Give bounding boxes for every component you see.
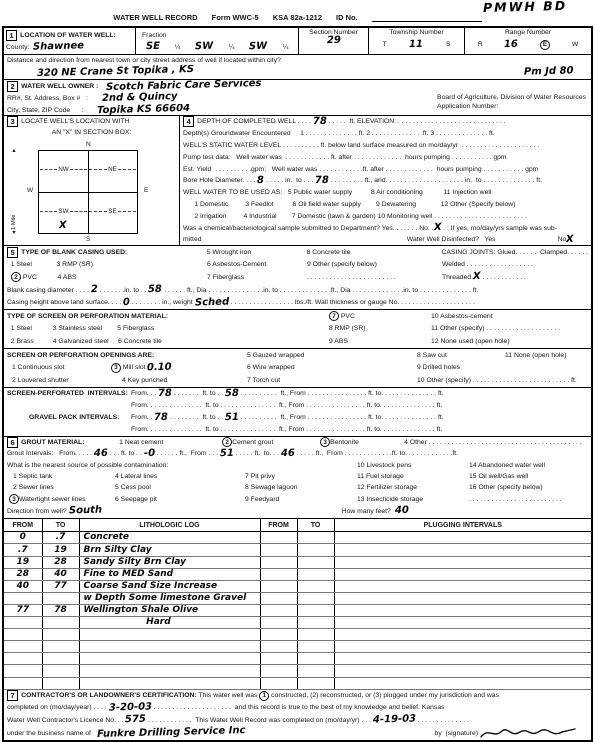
opening-opt-2: 2 Louvered shutter [7,377,111,384]
table-cell: w Depth Some limestone Gravel [79,592,260,604]
col-from-2: FROM [260,519,297,532]
opening-opt-4: 4 Key punched [111,377,247,384]
distance-handwritten-note: Pm Jd 80 [524,66,574,77]
section-3-heading-1: LOCATE WELL'S LOCATION WITH [21,118,129,125]
gpi-row-2: From. . . . . . . . . . . . . . . ft. to… [131,426,442,433]
fraction-value-1: SE [145,42,159,52]
quadrant-se: SE [88,208,137,215]
opening-opt-9: 9 Drilled holes [417,364,460,371]
casing-opt-7: 7 Fiberglass [207,274,307,281]
col-to-1: TO [42,519,79,532]
table-row: 1928Sandy Silty Brn Clay [4,556,591,568]
table-cell [260,592,297,604]
table-cell: 78 [42,604,79,616]
quarter-symbol: ¼ [229,44,235,51]
feet-value: 40 [394,506,408,516]
certification-heading: CONTRACTOR'S OR LANDOWNER'S CERTIFICATIO… [21,692,197,699]
table-row: 2840Fine to MED Sand [4,568,591,580]
casing-opt-8: 8 Concrete tile [307,249,442,256]
fraction-label: Fraction [142,32,167,39]
contam-opt-9: 9 Feedyard [245,496,357,503]
table-header-row: FROM TO LITHOLOGIC LOG FROM TO PLUGGING … [4,519,591,532]
gpi-from-value: 78 [154,412,168,422]
form-title-row: WATER WELL RECORD Form WWC-5 KSA 82a-121… [0,13,595,22]
certification-text-1: This water well was [197,692,260,699]
table-cell [260,641,297,653]
table-cell [42,641,79,653]
range-value: 16 [504,39,518,49]
table-cell [334,665,591,677]
grout-tail: . . . . . ft., From . . . . . . . . . . … [295,450,458,457]
section-number-value: 29 [326,36,340,46]
grout-to-1: -0 [144,448,155,458]
distance-block: Distance and direction from nearest town… [4,55,591,80]
agency-name: Board of Agriculture, Division of Water … [437,93,586,102]
sample-submitted-label: Was a chemical/bacteriological sample su… [183,225,434,232]
bore-hole-label: Bore Hole Diameter. . . . [183,177,257,184]
grout-opt-1: 1 Neat cement [119,439,222,446]
compass-west: W [27,187,33,194]
table-row: 4077Coarse Sand Size Increase [4,580,591,592]
grout-opt-3: Bentonite [330,439,404,446]
table-cell: 0 [4,532,42,544]
contam-opt-8: 8 Sewage lagoon [245,484,357,491]
owner-value: Scotch Fabric Care Services [106,80,262,92]
spi-tail: . . . . . . . . . . ft., From . . . . . … [239,390,444,397]
bore-hole-tail: . . . . . . . . . ft., and. . . . . . . … [329,177,542,184]
casing-opt-6: 6 Asbestos-Cement [207,261,307,268]
id-number-blank [372,14,482,22]
screen-opt-9: 9 ABS [329,338,431,345]
contam-opt-6: 6 Seepage pit [115,496,245,503]
table-row: w Depth Some limestone Gravel [4,592,591,604]
range-east-circled: E [540,40,550,50]
table-row: 7778Wellington Shale Olive [4,604,591,616]
table-cell [79,665,260,677]
business-name-label: under the business name of [7,730,97,737]
fraction-cell: Fraction SE ¼ SW ¼ SW ¼ [136,28,299,54]
col-from-1: FROM [4,519,42,532]
table-cell: Sandy Silty Brn Clay [79,556,260,568]
screen-opt-8: 8 RMP (SR) [329,325,431,332]
table-cell [260,580,297,592]
screen-opt-10: 10 Asbestos-cement [431,313,493,320]
table-row [4,653,591,665]
completed-on-label: completed on (mo/day/year) . . . . [7,704,109,711]
table-cell [297,568,334,580]
fraction-value-3: SW [249,42,267,52]
table-cell [79,641,260,653]
table-cell: 40 [4,580,42,592]
bore-hole-diameter-value: 8 [257,176,264,186]
section-7-certification: 7 CONTRACTOR'S OR LANDOWNER'S CERTIFICAT… [4,690,591,741]
table-cell: .7 [4,544,42,556]
table-cell: Hard [79,617,260,629]
middle-block: 3 LOCATE WELL'S LOCATION WITH AN "X" IN … [4,116,591,246]
section-number-cell: Section Number 29 [299,28,369,54]
table-cell [42,665,79,677]
completed-date-value: 3-20-03 [109,702,152,713]
grout-from-1: 46 [94,448,108,458]
gpi-from: From. . [131,414,154,421]
casing-opt-9: 9 Other (specify below) [307,261,442,268]
table-cell [334,532,591,544]
section-4-depth: 4 DEPTH OF COMPLETED WELL . . . . 78 . .… [180,116,591,245]
table-cell [334,544,591,556]
table-cell [4,592,42,604]
gpi-to-value: 51 [225,412,239,422]
table-cell [260,532,297,544]
disinfected-no-mark: X [566,235,574,245]
table-cell [4,677,42,689]
opening-opt-5: 5 Gauzed wrapped [247,352,417,359]
mile-label: 1 Mile [11,154,17,230]
gravel-pack-intervals-label: GRAVEL PACK INTERVALS: [7,414,131,421]
form-title: WATER WELL RECORD [113,13,197,22]
casing-pvc-circled: 2 [11,272,21,282]
screen-perforated-intervals-label: SCREEN-PERFORATED INTERVALS: [7,390,131,397]
screen-opts-1-3-5: 1 Steel 3 Stainless steel 5 Fiberglass [7,325,329,332]
casing-opt-5: 5 Wrought iron [207,249,307,256]
licence-number-label: Water Well Contractor's Licence No. . . [7,717,125,724]
spi-to: . . . . . . . ft. to . . [172,390,225,397]
grout-sep-1: . . . ft. to . . [108,450,144,457]
section-box-diagram: NW NE SW SE X [38,150,138,234]
section-2-owner: 2 WATER WELL OWNER : Scotch Fabric Care … [4,80,591,116]
table-cell [297,653,334,665]
grout-sep-2: . . . . . . ft., From . . . [155,450,220,457]
form-number: Form WWC-5 [212,13,259,22]
contam-watertight-circled: 3 [9,494,19,504]
screen-material-block: TYPE OF SCREEN OR PERFORATION MATERIAL: … [4,310,591,349]
table-cell: Wellington Shale Olive [79,604,260,616]
table-cell [334,604,591,616]
depth-completed-label: DEPTH OF COMPLETED WELL . . . . [197,118,313,125]
est-yield-line: Est. Yield . . . . . . . . . .gpm; Well … [183,166,538,173]
section-5-casing: 5 TYPE OF BLANK CASING USED: 5 Wrought i… [4,246,591,310]
contam-opt-14: 14 Abandoned water well [469,462,545,469]
spi-to-value: 58 [225,388,239,398]
table-cell [297,604,334,616]
table-cell [79,653,260,665]
grout-intervals-label: Grout Intervals: From. . . . . [7,450,94,457]
casing-joints-threaded: Threaded. [442,274,473,281]
section-6-grout: 6 GROUT MATERIAL: 1 Neat cement 2 Cement… [4,437,591,519]
table-cell [4,629,42,641]
opening-opt-11: 11 None (open hole) [505,352,566,359]
record-completed-date-value: 4-19-03 [373,715,416,726]
section-5-number: 5 [7,247,18,258]
table-cell [260,604,297,616]
table-cell [334,556,591,568]
table-cell [297,532,334,544]
quarter-symbol: ¼ [175,44,181,51]
opening-opt-3: Mill slot [121,364,147,371]
table-cell: 19 [4,556,42,568]
opening-opt-7: 7 Torch cut [247,377,417,384]
township-label: Township Number [371,29,462,36]
table-cell: 77 [42,580,79,592]
table-cell [260,629,297,641]
well-location-x-mark: X [59,221,67,231]
table-cell [260,556,297,568]
distance-label: Distance and direction from nearest town… [7,57,281,64]
gpi-to: . . . . . . . . ft. to . . [168,414,225,421]
arrow-down-icon: ▼ [11,230,16,236]
mill-slot-circled: 3 [111,363,121,373]
table-cell [260,568,297,580]
lithology-table-body: 0.7Concrete.719Brn Silty Clay1928Sandy S… [4,532,591,689]
table-cell: Fine to MED Sand [79,568,260,580]
contam-opt-13: 13 Insecticide storage [357,496,469,503]
table-row [4,677,591,689]
contam-opt-11: 11 Fuel storage [357,473,469,480]
depth-completed-value: 78 [313,117,327,127]
contam-opt-10: 10 Livestock pens [357,462,469,469]
range-r: R [478,41,483,48]
contamination-question: What is the nearest source of possible c… [7,462,357,469]
gpi-tail: . . . . . . . . . . ft., From . . . . . … [239,414,444,421]
section-7-number: 7 [7,690,18,701]
blank-casing-depth-value: 58 [148,285,162,295]
owner-address-value: 2nd & Quincy [102,92,178,104]
section-1-heading: LOCATION OF WATER WELL: [20,32,116,39]
use-options-line-2: 1 Domestic 3 Feedlot 6 Oil field water s… [183,201,515,208]
casing-other-dots: . . . . . . . . . . . . . . . . . . . . … [307,274,442,281]
table-cell [260,653,297,665]
casing-weight-value: Sched [194,297,228,308]
table-row [4,665,591,677]
compass-south: S [86,236,90,243]
owner-city-label: City, State, ZIP Code : [7,107,83,114]
county-cell: 1 LOCATION OF WATER WELL: County: Shawne… [4,28,136,54]
form-frame: 1 LOCATION OF WATER WELL: County: Shawne… [2,26,593,742]
table-cell [297,665,334,677]
direction-value: South [68,506,101,517]
sample-submitted-cont: mitted [183,236,202,243]
grout-heading: GROUT MATERIAL: [21,439,119,446]
casing-weight-label: . . . . . . . . in., weight [130,299,195,306]
blank-casing-diameter-value: 2 [91,285,98,295]
casing-opt-2-4: PVC 4 ABS [21,274,77,281]
casing-heading: TYPE OF BLANK CASING USED: [21,249,127,256]
grout-opt-4: 4 Other . . . . . . . . . . . . . . . . … [404,439,582,446]
application-number-label: Application Number: [437,102,586,111]
table-cell [260,677,297,689]
opening-opt-10: 10 Other (specify) . . . . . . . . . . .… [417,377,577,384]
mile-scale: ▲ 1 Mile ▼ [11,148,17,236]
contam-opt-12: 12 Fertilizer storage [357,484,469,491]
table-cell [334,629,591,641]
casing-weight-tail: . . . . . . . . . . . . . . . . . lbs./f… [229,299,475,306]
opening-opt-1: 1 Continuous slot [7,364,111,371]
table-cell [79,677,260,689]
blank-casing-tail: . . . . . . ft., Dia . . . . . . . . . .… [162,287,478,294]
table-cell [297,556,334,568]
lithologic-log-table: FROM TO LITHOLOGIC LOG FROM TO PLUGGING … [4,519,591,690]
elevation-label: . . . . . ft. ELEVATION: . . . . . . . .… [327,118,506,125]
contam-opt-7: 7 Pit privy [245,473,357,480]
table-cell: 19 [42,544,79,556]
bore-hole-mid: . . . . . in. to . . . [264,177,315,184]
table-cell [260,544,297,556]
table-cell [297,617,334,629]
sample-no-mark: X [433,223,441,233]
contam-opt-16: 16 Other (specify below) [469,484,543,491]
signature [478,726,578,740]
section-2-number: 2 [7,81,18,92]
table-cell [297,629,334,641]
table-cell [334,653,591,665]
openings-heading: SCREEN OR PERFORATION OPENINGS ARE: [7,352,247,359]
distance-value: 320 NE Crane St Topika , KS [37,65,194,79]
table-cell [334,568,591,580]
grout-sep-3: . . . . . ft. to. . . [234,450,281,457]
casing-joints-threaded-dots: . . . . . . . . . . . . [481,274,526,281]
how-many-feet-label: How many feet? [342,508,395,515]
casing-joints-glued-clamped: CASING JOINTS: Glued. . . . . . Clamped.… [441,249,588,256]
casing-opt-1-3: 1 Steel 3 RMP (SR) [7,261,207,268]
table-cell [4,653,42,665]
section-4-number: 4 [183,116,194,127]
table-cell [79,629,260,641]
owner-label: WATER WELL OWNER : [21,83,98,90]
county-label: County: [6,44,29,51]
table-cell [334,580,591,592]
business-name-value: Funkre Drilling Service Inc [96,726,245,740]
sample-submitted-tail: . ; If yes, mo/day/yrs sample was sub- [441,225,557,232]
table-row: 0.7Concrete [4,532,591,544]
table-cell: 28 [42,556,79,568]
table-cell: Brn Silty Clay [79,544,260,556]
screen-openings-block: SCREEN OR PERFORATION OPENINGS ARE: 5 Ga… [4,349,591,388]
contam-opt-5: 5 Cess pool [115,484,245,491]
table-cell [42,592,79,604]
contam-opt-2: 2 Sewer lines [7,484,115,491]
contam-opt-4: 4 Lateral lines [115,473,245,480]
table-cell [4,665,42,677]
table-cell [297,592,334,604]
screen-material-heading: TYPE OF SCREEN OR PERFORATION MATERIAL: [7,313,329,320]
screen-opt-pvc: PVC [339,313,431,320]
range-cell: Range Number R 16 E W [465,28,591,54]
blank-casing-diameter-label: Blank casing diameter . . . . [7,287,91,294]
table-cell [42,653,79,665]
use-options-line-3: 2 Irrigation 4 Industrial 7 Domestic (la… [183,213,527,220]
table-row [4,641,591,653]
groundwater-encountered-line: Depth(s) Groundwater Encountered 1 . . .… [183,130,495,137]
fraction-value-2: SW [195,42,213,52]
bore-hole-depth-value: 78 [315,176,329,186]
grout-from-2: 51 [220,448,234,458]
opening-opt-6: 6 Wire wrapped [247,364,417,371]
table-row: Hard [4,617,591,629]
certification-text-2: constructed, (2) reconstructed, or (3) p… [269,692,499,699]
table-cell: 28 [4,568,42,580]
owner-city-value: Topika KS 66604 [97,104,190,116]
contam-opt-15: 15 Oil well/Gas well [469,473,528,480]
grout-opt-2: Cement grout [232,439,320,446]
opening-opt-8: 8 Saw cut [417,352,505,359]
mill-slot-size-value: 0.10 [147,362,172,373]
screen-opt-11: 11 Other (specify) . . . . . . . . . . .… [431,325,560,332]
contam-other-dots: . . . . . . . . . . . . . . . . . . . . … [469,496,562,503]
grout-cement-circled: 2 [222,437,232,447]
col-to-2: TO [297,519,334,532]
contam-opt-3: Watertight sewer lines [19,496,86,503]
section-3-heading-2: AN "X" IN SECTION BOX: [52,129,132,136]
quadrant-nw: NW [39,166,88,173]
screen-opts-2-4-6: 2 Brass 4 Galvanized steel 6 Concrete ti… [7,338,329,345]
table-cell [42,629,79,641]
table-cell: 40 [42,568,79,580]
use-options-line-1: WELL WATER TO BE USED AS: 5 Public water… [183,189,491,196]
table-cell [260,665,297,677]
township-t: T [382,41,386,48]
static-water-level-line: WELL'S STATIC WATER LEVEL . . . . . . . … [183,142,539,149]
table-cell [297,580,334,592]
id-number-label: ID No. [336,13,358,22]
spi-from-value: 78 [158,388,172,398]
table-cell [334,617,591,629]
casing-height-value: 0 [123,298,130,308]
table-cell [4,617,42,629]
grout-to-2: 46 [281,448,295,458]
table-cell [334,677,591,689]
agency-block: Board of Agriculture, Division of Water … [437,93,586,111]
threaded-mark: X [473,272,481,282]
screen-opt-12: 12 None used (open hole) [431,338,510,345]
table-cell [42,677,79,689]
quadrant-ne: NE [88,166,137,173]
intervals-block: SCREEN-PERFORATED INTERVALS: From. . . 7… [4,388,591,437]
compass-north: N [86,141,91,148]
table-cell: Concrete [79,532,260,544]
range-w: W [572,41,578,48]
blank-casing-mid: . . . . . . .in. to . . [98,287,149,294]
section-6-number: 6 [7,437,18,448]
screen-pvc-circled: 7 [329,311,339,321]
certification-text-3: . . . . . . . . . . . . . . . . . . . . … [152,704,445,711]
contam-opt-1: 1 Septic tank [7,473,115,480]
township-cell: Township Number T 11 S [369,28,465,54]
direction-from-well-label: Direction from well? [7,508,69,515]
licence-number-value: 575 [125,715,146,726]
by-signature-label: by (signature) [435,730,478,737]
table-cell [260,617,297,629]
quadrant-sw: SW [39,208,88,215]
section-1-number: 1 [6,30,17,41]
section-3-number: 3 [7,116,18,127]
table-cell [42,617,79,629]
quarter-symbol: ¼ [283,44,289,51]
table-cell [334,641,591,653]
disinfected-label: Water Well Disinfected? Yes [407,236,496,243]
casing-height-label: Casing height above land surface. . . . [7,299,123,306]
spi-row-2: From. . . . . . . . . . . . . . . ft. to… [131,402,442,409]
table-row [4,629,591,641]
table-cell: Coarse Sand Size Increase [79,580,260,592]
table-row: .719Brn Silty Clay [4,544,591,556]
township-value: 11 [409,39,423,49]
col-plugging-intervals: PLUGGING INTERVALS [334,519,591,532]
record-completed-label: . . . . . . . . . . . . This Water Well … [146,717,373,724]
grout-bentonite-circled: 3 [320,437,330,447]
record-completed-dots: . . . . . . . . . . . . . . [416,717,469,724]
form-statute: KSA 82a-1212 [273,13,322,22]
pump-test-line: Pump test data: Well water was . . . . .… [183,154,507,161]
table-cell [297,677,334,689]
